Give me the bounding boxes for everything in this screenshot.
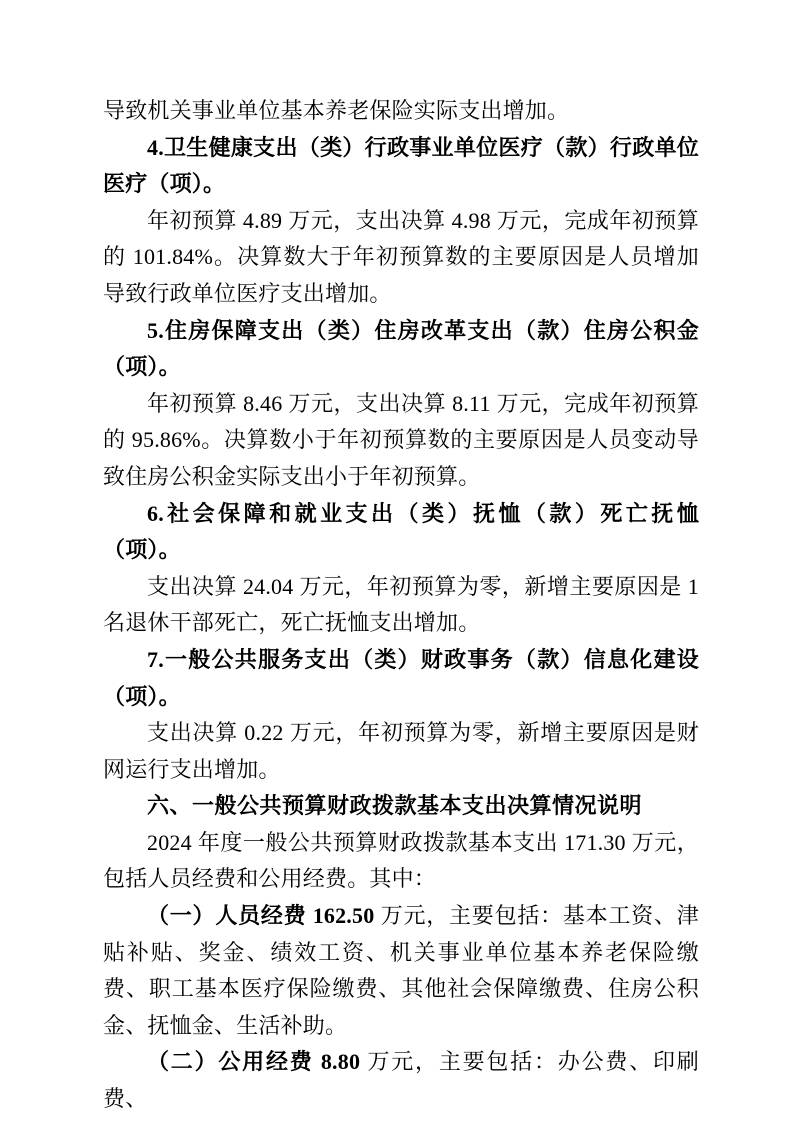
para-detail-7: 支出决算 0.22 万元，年初预算为零，新增主要原因是财网运行支出增加。 [103, 715, 699, 788]
para-basic-expenditure-total: 2024 年度一般公共预算财政拨款基本支出 171.30 万元，包括人员经费和公… [103, 825, 699, 898]
text-run: 支出决算 0.22 万元，年初预算为零，新增主要原因是财网运行支出增加。 [103, 720, 699, 782]
para-public-expense: （二）公用经费 8.80 万元，主要包括：办公费、印刷费、 [103, 1044, 699, 1117]
text-run: 5.住房保障支出（类）住房改革支出（款）住房公积金（项）。 [103, 318, 699, 380]
para-personnel-expense: （一）人员经费 162.50 万元，主要包括：基本工资、津贴补贴、奖金、绩效工资… [103, 898, 699, 1044]
text-run: 年初预算 4.89 万元，支出决算 4.98 万元，完成年初预算的 101.84… [103, 208, 699, 306]
document-content: 导致机关事业单位基本养老保险实际支出增加。4.卫生健康支出（类）行政事业单位医疗… [103, 93, 699, 1118]
para-heading-7: 7.一般公共服务支出（类）财政事务（款）信息化建设（项）。 [103, 642, 699, 715]
text-run: 6.社会保障和就业支出（类）抚恤（款）死亡抚恤（项）。 [103, 501, 699, 563]
document-page: 导致机关事业单位基本养老保险实际支出增加。4.卫生健康支出（类）行政事业单位医疗… [0, 0, 793, 1122]
text-run: 7.一般公共服务支出（类）财政事务（款）信息化建设（项）。 [103, 647, 699, 709]
text-run: 年初预算 8.46 万元，支出决算 8.11 万元，完成年初预算的 95.86%… [103, 391, 699, 489]
para-detail-5: 年初预算 8.46 万元，支出决算 8.11 万元，完成年初预算的 95.86%… [103, 386, 699, 496]
text-run: 支出决算 24.04 万元，年初预算为零，新增主要原因是 1 名退休干部死亡，死… [103, 574, 699, 636]
para-heading-4: 4.卫生健康支出（类）行政事业单位医疗（款）行政单位医疗（项）。 [103, 130, 699, 203]
para-section-heading-6: 六、一般公共预算财政拨款基本支出决算情况说明 [103, 788, 699, 825]
para-detail-4: 年初预算 4.89 万元，支出决算 4.98 万元，完成年初预算的 101.84… [103, 203, 699, 313]
para-pension-continuation: 导致机关事业单位基本养老保险实际支出增加。 [103, 93, 699, 130]
para-heading-6: 6.社会保障和就业支出（类）抚恤（款）死亡抚恤（项）。 [103, 496, 699, 569]
para-detail-6: 支出决算 24.04 万元，年初预算为零，新增主要原因是 1 名退休干部死亡，死… [103, 569, 699, 642]
text-run: 2024 年度一般公共预算财政拨款基本支出 171.30 万元，包括人员经费和公… [103, 830, 699, 892]
text-run: 六、一般公共预算财政拨款基本支出决算情况说明 [147, 793, 642, 818]
para-heading-5: 5.住房保障支出（类）住房改革支出（款）住房公积金（项）。 [103, 313, 699, 386]
text-run: 导致机关事业单位基本养老保险实际支出增加。 [103, 98, 569, 123]
text-run: 4.卫生健康支出（类）行政事业单位医疗（款）行政单位医疗（项）。 [103, 135, 699, 197]
text-run: （一）人员经费 162.50 [147, 903, 381, 928]
text-run: （二）公用经费 8.80 [147, 1049, 367, 1074]
